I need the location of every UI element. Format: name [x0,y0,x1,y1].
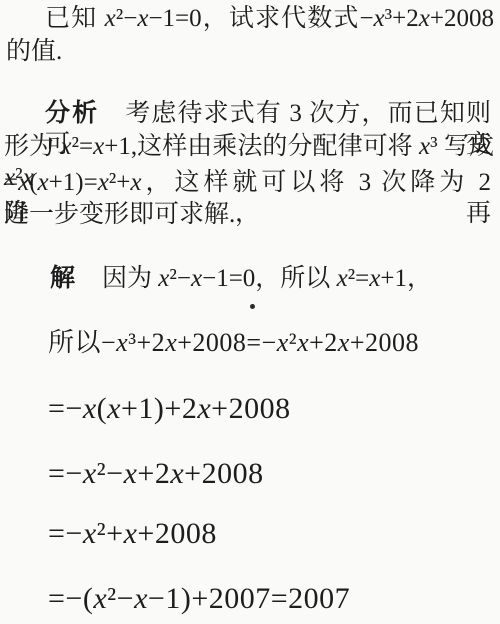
analysis-label: 分析 [45,100,99,127]
solution-line-1: 解因为 x²−x−1=0，所以 x²=x+1， [50,264,432,295]
solution-step: =−x²−x+2x+2008 [48,456,264,493]
solution-step: =−(x²−x−1)+2007=2007 [48,581,350,618]
analysis-line-4: 进一步变形即可求解. [4,200,235,231]
solution-line-2: 所以−x³+2x+2008=−x²x+2x+2008 [48,327,419,359]
stray-dot [250,304,255,309]
problem-line-1: 已知 x²−x−1=0，试求代数式−x³+2x+2008 [45,4,494,35]
solution-label: 解 [50,265,76,292]
solution-step: =−x(x+1)+2x+2008 [48,391,291,428]
problem-line-2: 的值. [6,37,62,68]
textbook-page: 已知 x²−x−1=0，试求代数式−x³+2x+2008 的值. 分析考虑待求式… [0,0,500,624]
solution-step: =−x²+x+2008 [48,516,217,553]
solution-line-1-text: 因为 x²−x−1=0，所以 x²=x+1， [102,265,432,292]
